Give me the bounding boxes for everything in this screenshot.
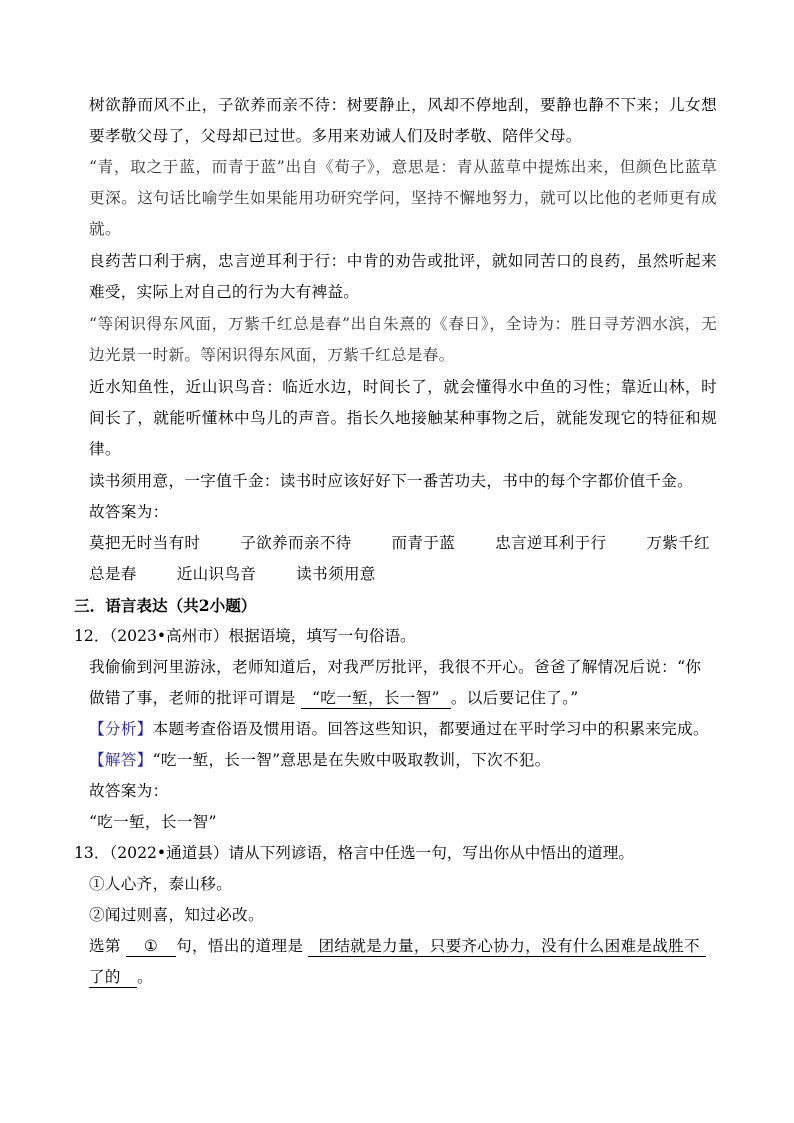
fill-text: 句，悟出的道理是 (176, 937, 303, 955)
answers-line-2: 总是春近山识鸟音读书须用意 (89, 559, 376, 590)
context-text: 做错了事，老师的批评可谓是 (89, 689, 296, 707)
answers-line-1: 莫把无时当有时子欲养而亲不待而青于蓝忠言逆耳利于行万紫千红 (89, 528, 710, 559)
question-number: 12． (74, 627, 109, 645)
fill-text: 选第 (89, 937, 121, 955)
answer-item: 子欲养而亲不待 (240, 528, 351, 559)
reason-blank-line-2: 了的 (89, 967, 137, 988)
answer-item: 总是春 (89, 559, 137, 590)
document-page: 树欲静而风不止，子欲养而亲不待：树要静止，风却不停地刮，要静也静不下来；儿女想要… (0, 0, 794, 1123)
question-prompt: 根据语境，填写一句俗语。 (229, 627, 416, 645)
analysis-line: 【分析】本题考查俗语及惯用语。回答这些知识，都要通过在平时学习中的积累来完成。 (89, 714, 709, 745)
analysis-label: 【分析】 (89, 720, 153, 738)
answer-label: 故答案为： (89, 776, 168, 807)
fill-line-2: 了的。 (89, 962, 153, 993)
question-12-context-line-2: 做错了事，老师的批评可谓是 “吃一堑，长一智”。以后要记住了。” (89, 683, 579, 714)
context-text: 。以后要记住了。” (451, 689, 579, 707)
reason-blank-line-1: 团结就是力量，只要齐心协力，没有什么困难是战胜不 (308, 936, 706, 957)
question-prompt: 请从下列谚语，格言中任选一句，写出你从中悟出的道理。 (229, 844, 634, 862)
solution-text: “吃一堑，长一智”意思是在失败中吸取教训，下次不犯。 (153, 751, 551, 769)
question-source: （2023•高州市） (109, 627, 228, 645)
explanation-paragraph-5: 近水知鱼性，近山识鸟音：临近水边，时间长了，就会懂得水中鱼的习性；靠近山林，时间… (89, 372, 717, 466)
solution-label: 【解答】 (89, 751, 153, 769)
fill-end: 。 (137, 968, 153, 986)
explanation-paragraph-4: “等闲识得东风面，万紫千红总是春”出自朱熹的《春日》，全诗为：胜日寻芳泗水滨，无… (89, 309, 717, 371)
fill-line-1: 选第 ①句，悟出的道理是 团结就是力量，只要齐心协力，没有什么困难是战胜不 (89, 931, 706, 962)
option-1: ①人心齐，泰山移。 (89, 869, 232, 900)
explanation-paragraph-1: 树欲静而风不止，子欲养而亲不待：树要静止，风却不停地刮，要静也静不下来；儿女想要… (89, 90, 717, 152)
answer-item: 近山识鸟音 (177, 559, 256, 590)
answer-value: “吃一堑，长一智” (89, 807, 217, 838)
answer-item: 而青于蓝 (392, 528, 456, 559)
answer-label: 故答案为： (89, 497, 168, 528)
choice-blank: ① (126, 936, 176, 957)
question-12-header: 12．（2023•高州市）根据语境，填写一句俗语。 (74, 621, 416, 652)
question-13-header: 13．（2022•通道县）请从下列谚语，格言中任选一句，写出你从中悟出的道理。 (74, 838, 634, 869)
answer-item: 万紫千红 (646, 528, 710, 559)
option-2: ②闻过则喜，知过必改。 (89, 900, 264, 931)
question-source: （2022•通道县） (109, 844, 228, 862)
question-number: 13． (74, 844, 109, 862)
answer-blank: “吃一堑，长一智” (301, 688, 451, 709)
explanation-paragraph-3: 良药苦口利于病，忠言逆耳利于行：中肯的劝告或批评，就如同苦口的良药，虽然听起来难… (89, 246, 717, 308)
section-title: 三．语言表达（共2小题） (74, 590, 256, 621)
answer-item: 莫把无时当有时 (89, 528, 200, 559)
explanation-paragraph-6: 读书须用意，一字值千金：读书时应该好好下一番苦功夫，书中的每个字都价值千金。 (89, 466, 717, 497)
explanation-paragraph-2: “青，取之于蓝，而青于蓝”出自《荀子》，意思是：青从蓝草中提炼出来，但颜色比蓝草… (89, 152, 717, 246)
analysis-text: 本题考查俗语及惯用语。回答这些知识，都要通过在平时学习中的积累来完成。 (153, 720, 709, 738)
question-12-context-line-1: 我偷偷到河里游泳，老师知道后，对我严厉批评，我很不开心。爸爸了解情况后说：“你 (89, 652, 701, 683)
answer-item: 读书须用意 (296, 559, 375, 590)
answer-item: 忠言逆耳利于行 (495, 528, 606, 559)
solution-line: 【解答】“吃一堑，长一智”意思是在失败中吸取教训，下次不犯。 (89, 745, 551, 776)
